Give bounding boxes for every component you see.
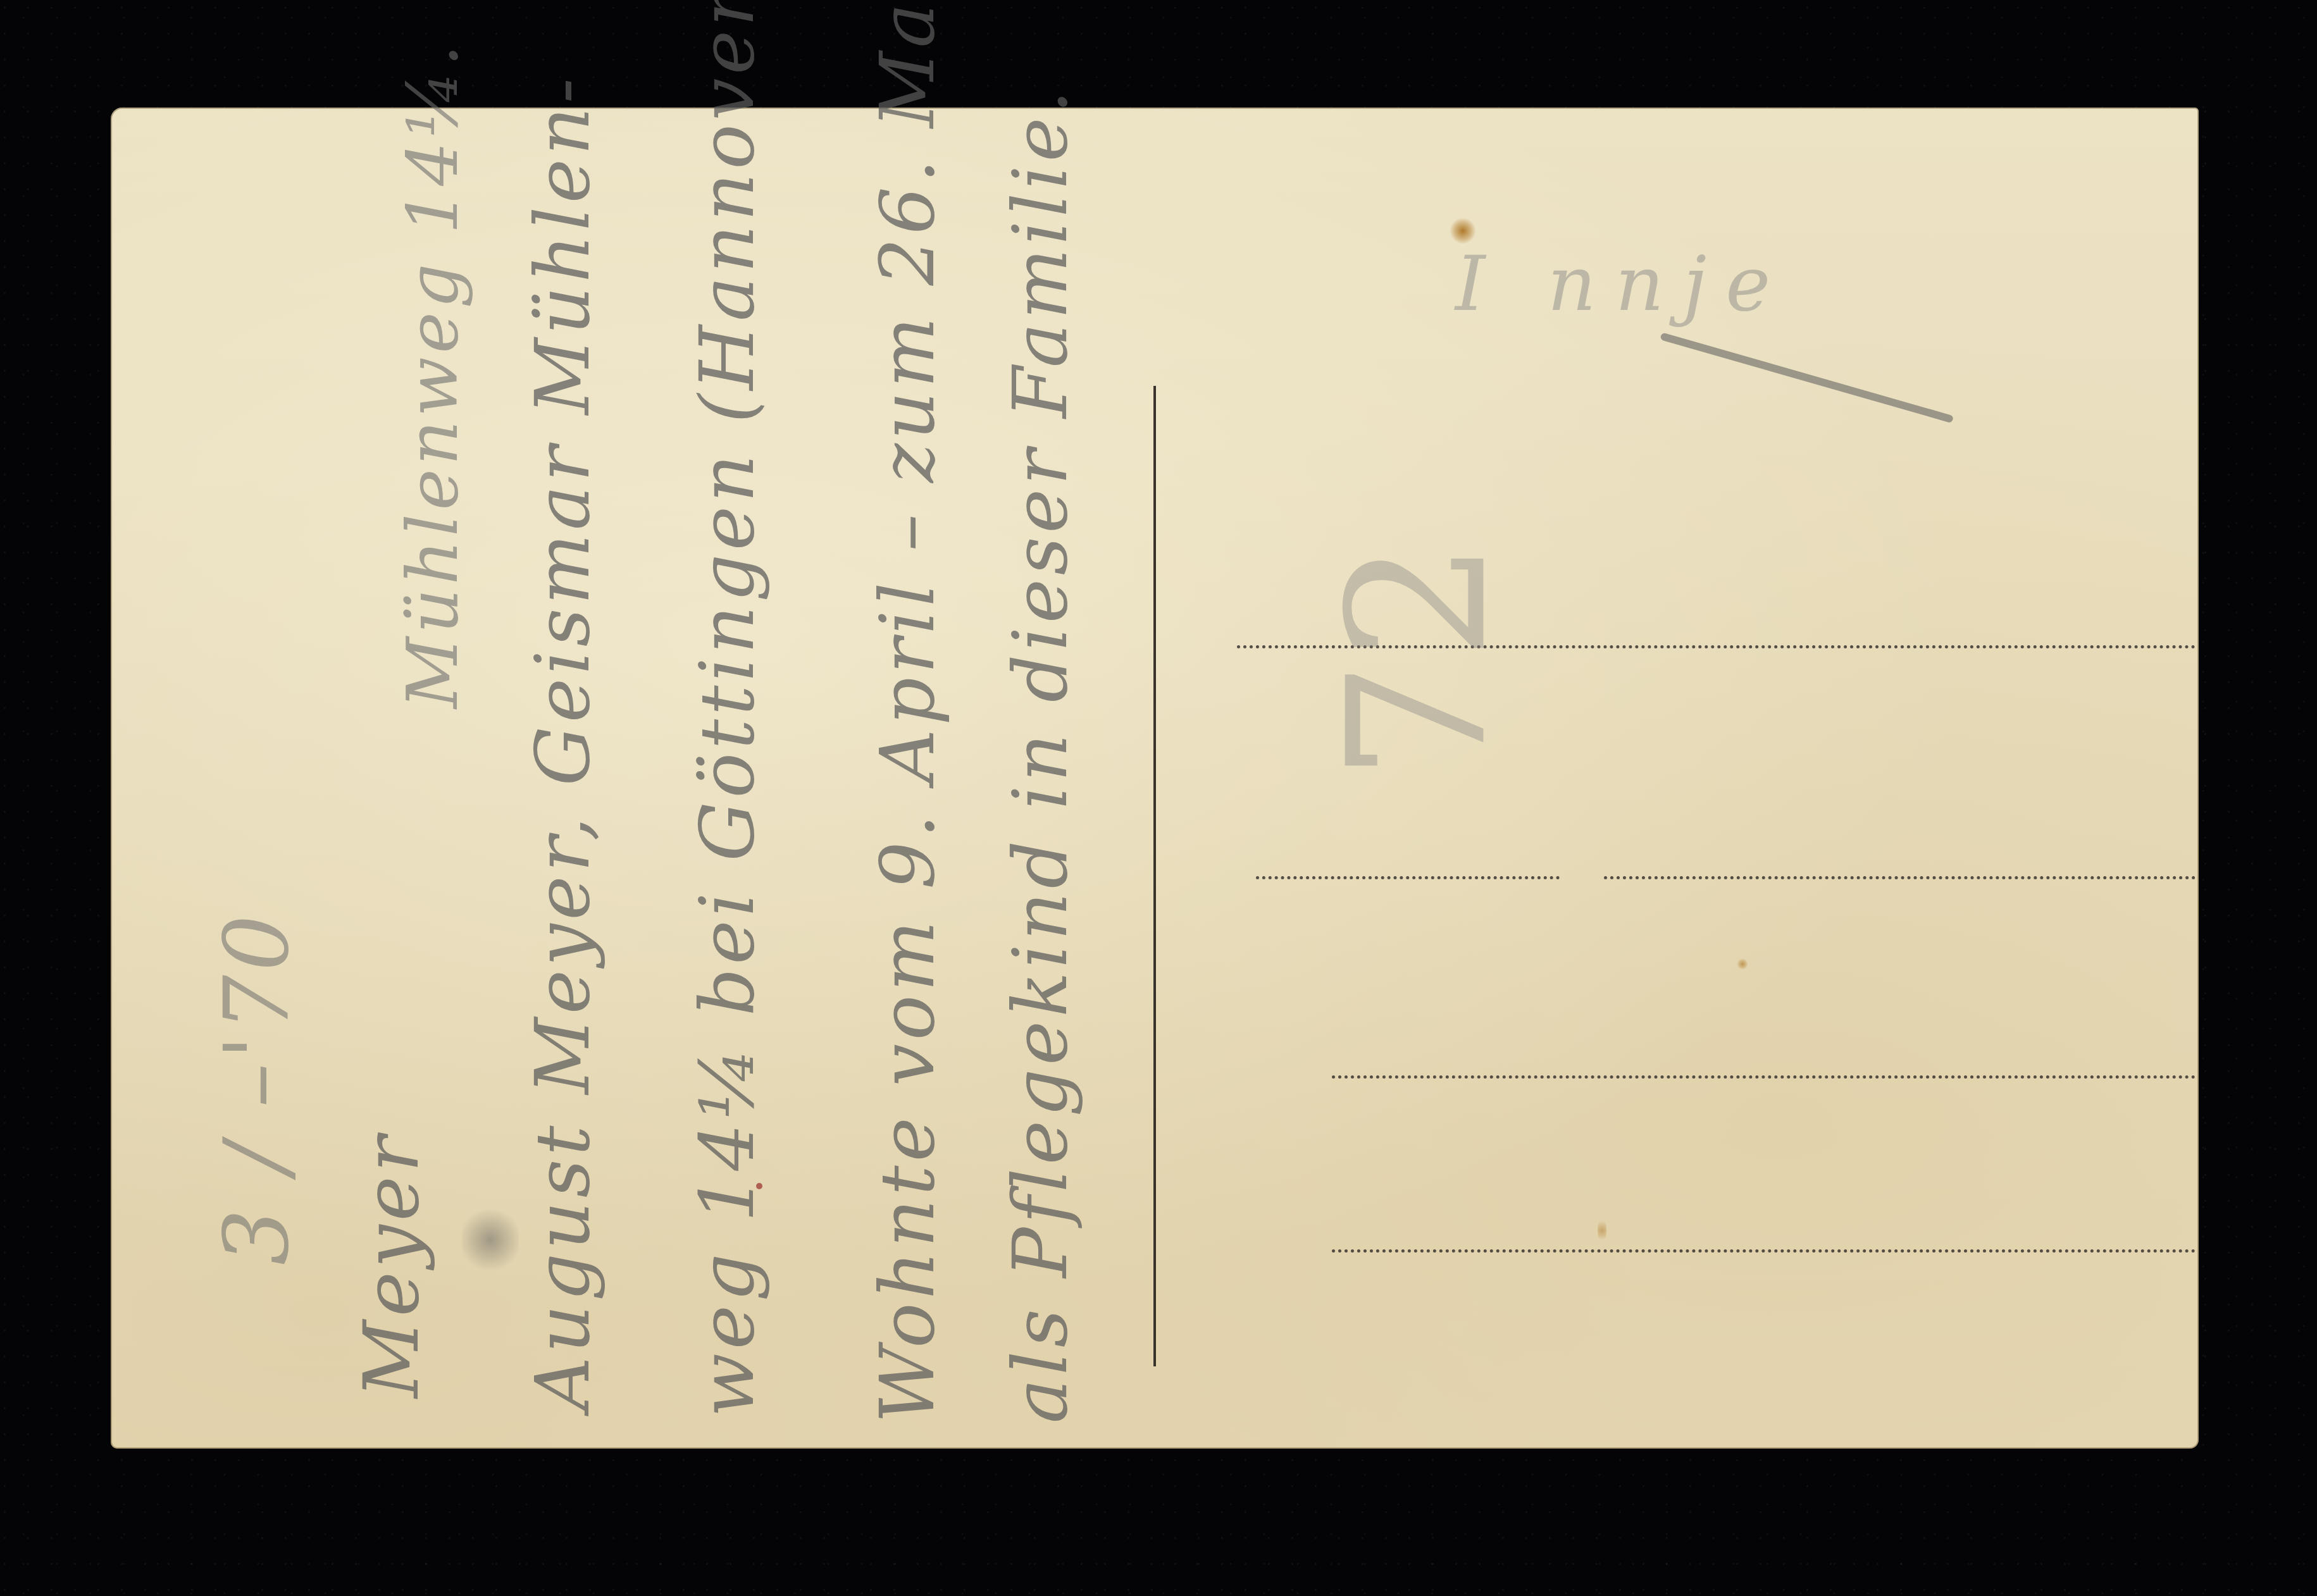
foxing-spot [1598, 1218, 1606, 1243]
foxing-spot [1449, 218, 1477, 244]
pencil-number-mark: 72 [1307, 540, 1528, 782]
note-line: weg 14¼ bei Göttingen (Hannover). [683, 0, 771, 1417]
name-heading: Meyer [348, 1132, 436, 1398]
address-line-left-segment [1256, 876, 1560, 879]
pencil-top-mark: I nnje [1455, 240, 1789, 328]
street-heading: Mühlenweg 14¼. [392, 40, 473, 708]
foxing-spot [1737, 958, 1748, 970]
date-note: 3 / –'70 [206, 911, 309, 1265]
address-line [1332, 1249, 2196, 1253]
erased-mark [462, 1205, 519, 1275]
printed-divider-line [1153, 386, 1156, 1366]
note-line: Wohnte vom 9. April – zum 26. Mai 1938 [864, 0, 951, 1423]
address-line [1332, 1075, 2196, 1079]
note-line: als Pflegekind in dieser Familie. [997, 86, 1084, 1423]
address-line-right-segment [1604, 876, 2196, 879]
note-line: August Meyer, Geismar Mühlen- [519, 74, 606, 1411]
handwritten-note: 3 / –'70 Meyer Mühlenweg 14¼. August Mey… [111, 108, 1148, 1449]
